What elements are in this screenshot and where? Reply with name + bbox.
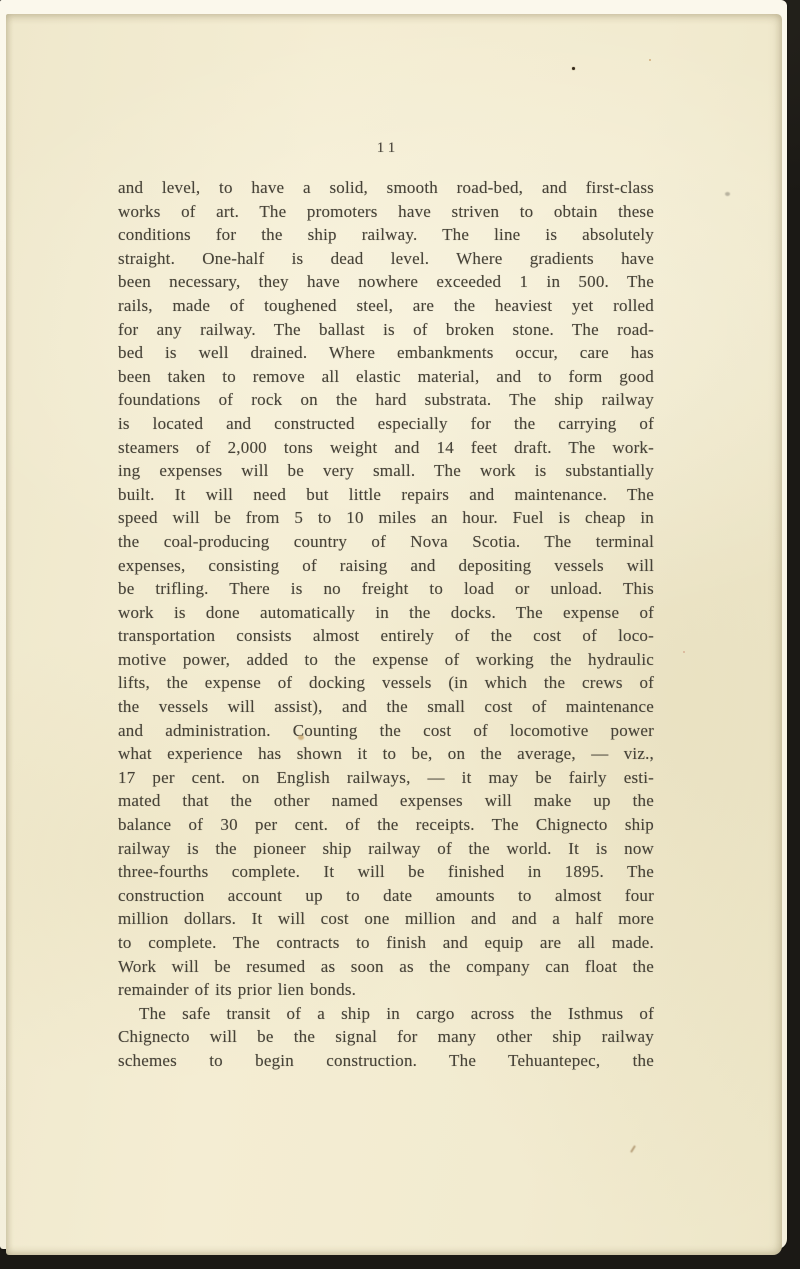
text-line: mated that the other named expenses will… (118, 789, 654, 813)
text-line: schemes to begin construction. The Tehua… (118, 1049, 654, 1073)
text-line: work is done automatically in the docks.… (118, 601, 654, 625)
text-line: balance of 30 per cent. of the receipts.… (118, 813, 654, 837)
scanned-book-photo: { "colors": { "background": "#1b1915", "… (0, 0, 800, 1269)
text-line: been taken to remove all elastic materia… (118, 365, 654, 389)
text-line: lifts, the expense of docking vessels (i… (118, 671, 654, 695)
text-line: conditions for the ship railway. The lin… (118, 223, 654, 247)
text-line: Chignecto will be the signal for many ot… (118, 1025, 654, 1049)
paper-speck (572, 67, 575, 70)
text-line: for any railway. The ballast is of broke… (118, 318, 654, 342)
text-line: foundations of rock on the hard substrat… (118, 388, 654, 412)
text-line: what experience has shown it to be, on t… (118, 742, 654, 766)
text-line: motive power, added to the expense of wo… (118, 648, 654, 672)
text-line: the vessels will assist), and the small … (118, 695, 654, 719)
page-number: 11 (118, 140, 654, 157)
text-line: ing expenses will be very small. The wor… (118, 459, 654, 483)
text-line: construction account up to date amounts … (118, 884, 654, 908)
text-line: been necessary, they have nowhere exceed… (118, 270, 654, 294)
text-line: rails, made of toughened steel, are the … (118, 294, 654, 318)
text-line: Work will be resumed as soon as the comp… (118, 955, 654, 979)
text-line: railway is the pioneer ship railway of t… (118, 837, 654, 861)
paper-speck (649, 59, 651, 61)
paper-speck (683, 651, 685, 653)
text-line: The safe transit of a ship in cargo acro… (118, 1002, 654, 1026)
text-line: built. It will need but little repairs a… (118, 483, 654, 507)
text-line: 17 per cent. on English railways, — it m… (118, 766, 654, 790)
text-line: three-fourths complete. It will be finis… (118, 860, 654, 884)
text-line: steamers of 2,000 tons weight and 14 fee… (118, 436, 654, 460)
body-text: and level, to have a solid, smooth road-… (118, 176, 654, 1073)
text-line: and administration. Counting the cost of… (118, 719, 654, 743)
text-line: million dollars. It will cost one millio… (118, 907, 654, 931)
text-line: be trifling. There is no freight to load… (118, 577, 654, 601)
text-line: expenses, consisting of raising and depo… (118, 554, 654, 578)
text-line: straight. One-half is dead level. Where … (118, 247, 654, 271)
text-line: bed is well drained. Where embankments o… (118, 341, 654, 365)
text-line: to complete. The contracts to finish and… (118, 931, 654, 955)
text-line: works of art. The promoters have striven… (118, 200, 654, 224)
text-line: transportation consists almost entirely … (118, 624, 654, 648)
paper-speck (630, 1145, 636, 1153)
book-page: 11 and level, to have a solid, smooth ro… (6, 14, 782, 1255)
text-line: is located and constructed especially fo… (118, 412, 654, 436)
text-line: and level, to have a solid, smooth road-… (118, 176, 654, 200)
text-line: the coal-producing country of Nova Scoti… (118, 530, 654, 554)
text-line: speed will be from 5 to 10 miles an hour… (118, 506, 654, 530)
text-line: remainder of its prior lien bonds. (118, 978, 654, 1002)
paper-speck (298, 735, 304, 740)
paper-speck (725, 192, 730, 196)
